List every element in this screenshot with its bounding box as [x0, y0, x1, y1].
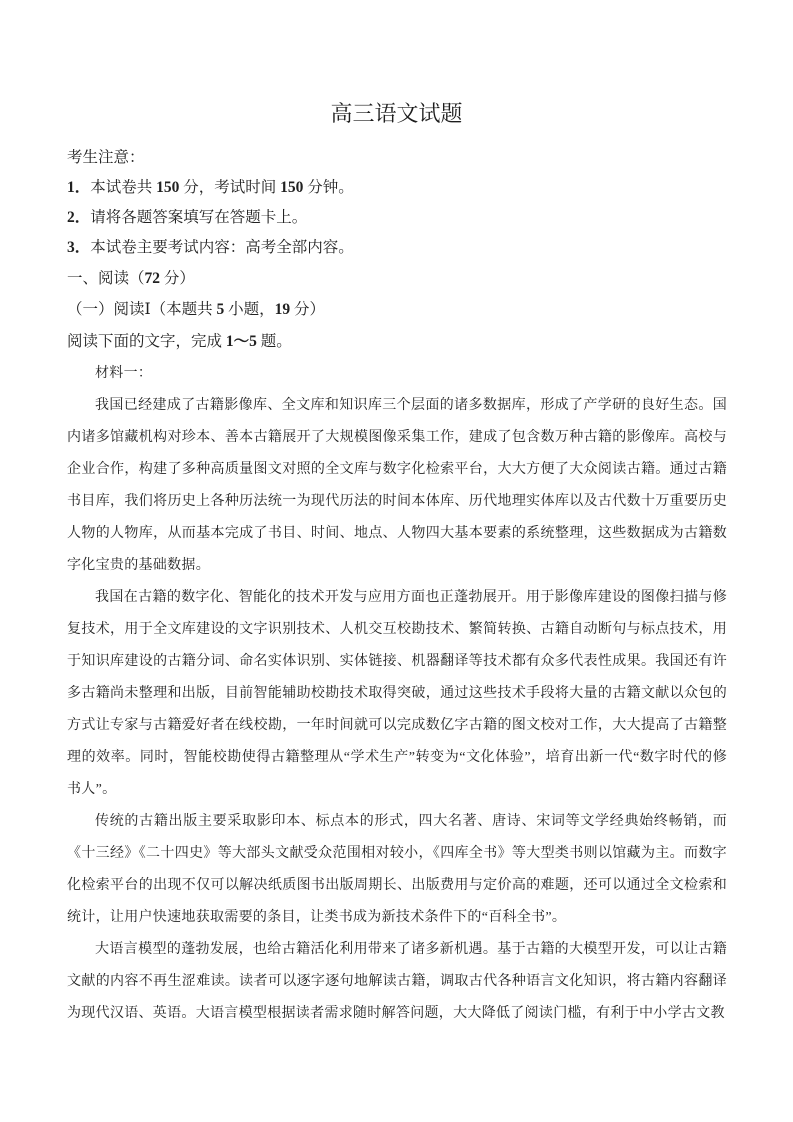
- reading-instruction: 阅读下面的文字，完成 1～5 题。: [67, 326, 727, 358]
- exam-paper-page: 高三语文试题 考生注意： 1．本试卷共 150 分，考试时间 150 分钟。 2…: [0, 0, 793, 1122]
- reading-material-block: 材料一： 我国已经建成了古籍影像库、全文库和知识库三个层面的诸多数据库，形成了产…: [67, 358, 727, 1030]
- notice-label: 考生注意：: [67, 143, 727, 173]
- material-paragraph-1: 我国已经建成了古籍影像库、全文库和知识库三个层面的诸多数据库，形成了产学研的良好…: [67, 390, 727, 582]
- notice-item-2: 2．请将各题答案填写在答题卡上。: [67, 203, 727, 233]
- material-paragraph-2: 我国在古籍的数字化、智能化的技术开发与应用方面也正蓬勃展开。用于影像库建设的图像…: [67, 582, 727, 806]
- material-label: 材料一：: [67, 358, 727, 390]
- material-paragraph-3: 传统的古籍出版主要采取影印本、标点本的形式，四大名著、唐诗、宋词等文学经典始终畅…: [67, 806, 727, 934]
- exam-header-block: 考生注意： 1．本试卷共 150 分，考试时间 150 分钟。 2．请将各题答案…: [67, 143, 727, 358]
- subsection-heading-reading-1: （一）阅读Ⅰ（本题共 5 小题，19 分）: [67, 294, 727, 326]
- material-paragraph-4: 大语言模型的蓬勃发展，也给古籍活化利用带来了诸多新机遇。基于古籍的大模型开发，可…: [67, 934, 727, 1030]
- page-title: 高三语文试题: [0, 100, 793, 128]
- notice-item-1: 1．本试卷共 150 分，考试时间 150 分钟。: [67, 173, 727, 203]
- notice-item-3: 3．本试卷主要考试内容：高考全部内容。: [67, 233, 727, 263]
- section-heading-reading: 一、阅读（72 分）: [67, 263, 727, 294]
